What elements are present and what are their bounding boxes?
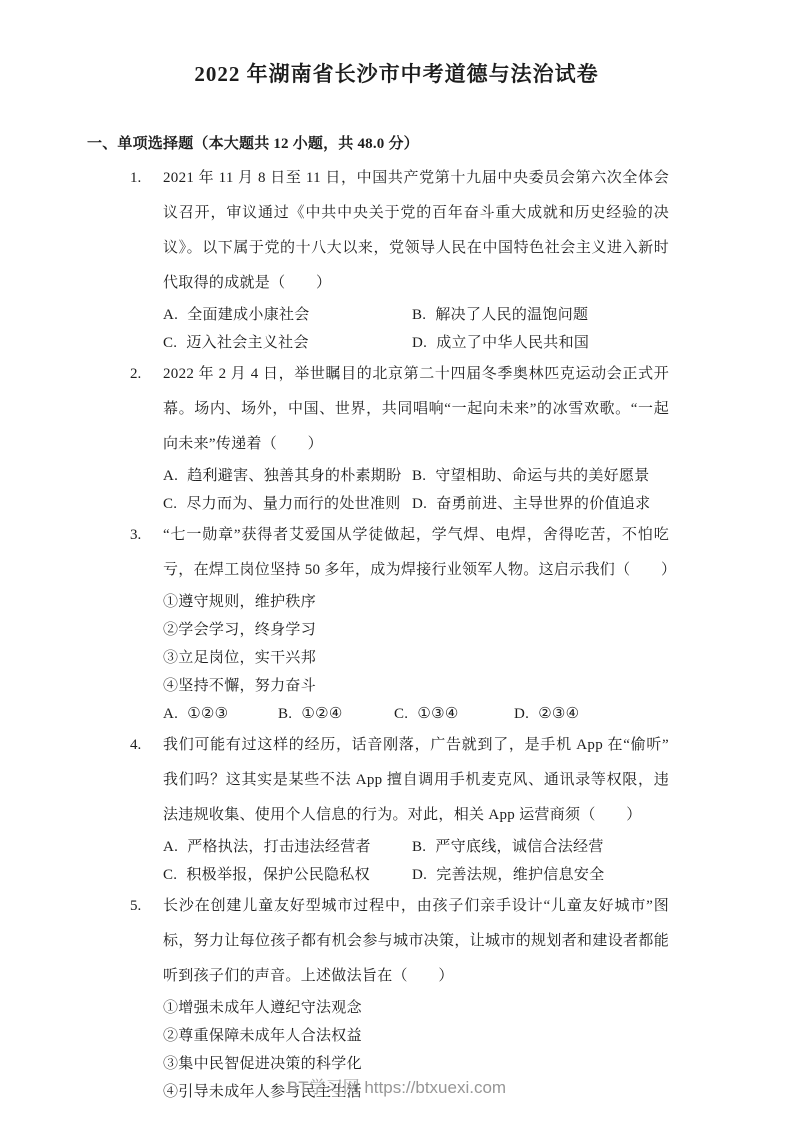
- option-item-d: D.成立了中华人民共和国: [412, 329, 669, 357]
- option-label: A.: [163, 301, 178, 329]
- option-item-d: D.完善法规，维护信息安全: [412, 861, 669, 889]
- option-text: 完善法规，维护信息安全: [436, 867, 604, 883]
- option-item-d: D.②③④: [514, 700, 669, 728]
- option-text: 解决了人民的温饱问题: [435, 307, 588, 323]
- option-text: 迈入社会主义社会: [186, 335, 308, 351]
- question-text: 2022 年 2 月 4 日，举世瞩目的北京第二十四届冬季奥林匹克运动会正式开幕…: [163, 357, 669, 462]
- option-label: B.: [412, 462, 426, 490]
- option-text: ①②④: [301, 706, 342, 722]
- question-text: 2021 年 11 月 8 日至 11 日，中国共产党第十九届中央委员会第六次全…: [163, 161, 669, 301]
- question-number: 1.: [130, 161, 163, 357]
- option-text: 积极举报，保护公民隐私权: [186, 867, 370, 883]
- question-item-3: 3. “七一勋章”获得者艾爱国从学徒做起，学气焊、电焊，舍得吃苦，不怕吃亏，在焊…: [130, 518, 669, 728]
- option-text: 守望相助、命运与共的美好愿景: [435, 468, 649, 484]
- options-group: A.严格执法，打击违法经营者 B.严守底线，诚信合法经营 C.积极举报，保护公民…: [163, 833, 669, 889]
- option-item-a: A.严格执法，打击违法经营者: [163, 833, 412, 861]
- options-group: A.全面建成小康社会 B.解决了人民的温饱问题 C.迈入社会主义社会 D.成立了…: [163, 301, 669, 357]
- sub-item-2: ②学会学习，终身学习: [163, 616, 669, 644]
- option-item-b: B.守望相助、命运与共的美好愿景: [412, 462, 669, 490]
- question-number: 4.: [130, 728, 163, 889]
- footer-watermark: BT学习网 https://btxuexi.com: [0, 1073, 793, 1098]
- option-label: A.: [163, 462, 178, 490]
- option-label: D.: [514, 700, 529, 728]
- option-item-c: C.迈入社会主义社会: [163, 329, 412, 357]
- section-heading: 一、单项选择题（本大题共 12 小题，共 48.0 分）: [87, 132, 793, 153]
- option-item-c: C.①③④: [394, 700, 514, 728]
- question-number: 2.: [130, 357, 163, 518]
- option-text: ①②③: [187, 706, 228, 722]
- option-item-a: A.趋利避害、独善其身的朴素期盼: [163, 462, 412, 490]
- sub-item-3: ③立足岗位，实干兴邦: [163, 644, 669, 672]
- question-item-1: 1. 2021 年 11 月 8 日至 11 日，中国共产党第十九届中央委员会第…: [130, 161, 669, 357]
- option-text: 严守底线，诚信合法经营: [435, 839, 603, 855]
- option-label: A.: [163, 700, 178, 728]
- option-text: 严格执法，打击违法经营者: [187, 839, 371, 855]
- page-title: 2022 年湖南省长沙市中考道德与法治试卷: [0, 0, 793, 88]
- question-body: “七一勋章”获得者艾爱国从学徒做起，学气焊、电焊，舍得吃苦，不怕吃亏，在焊工岗位…: [163, 518, 669, 728]
- option-item-a: A.全面建成小康社会: [163, 301, 412, 329]
- options-group: A.①②③ B.①②④ C.①③④ D.②③④: [163, 700, 669, 728]
- question-body: 2021 年 11 月 8 日至 11 日，中国共产党第十九届中央委员会第六次全…: [163, 161, 669, 357]
- question-item-2: 2. 2022 年 2 月 4 日，举世瞩目的北京第二十四届冬季奥林匹克运动会正…: [130, 357, 669, 518]
- option-label: D.: [412, 490, 427, 518]
- sub-item-2: ②尊重保障未成年人合法权益: [163, 1022, 669, 1050]
- option-item-b: B.解决了人民的温饱问题: [412, 301, 669, 329]
- question-text: 我们可能有过这样的经历，话音刚落，广告就到了，是手机 App 在“偷听”我们吗？…: [163, 728, 669, 833]
- option-text: ①③④: [417, 706, 458, 722]
- option-label: B.: [278, 700, 292, 728]
- option-label: D.: [412, 329, 427, 357]
- question-body: 2022 年 2 月 4 日，举世瞩目的北京第二十四届冬季奥林匹克运动会正式开幕…: [163, 357, 669, 518]
- option-label: C.: [394, 700, 408, 728]
- question-item-4: 4. 我们可能有过这样的经历，话音刚落，广告就到了，是手机 App 在“偷听”我…: [130, 728, 669, 889]
- option-item-c: C.积极举报，保护公民隐私权: [163, 861, 412, 889]
- sub-item-4: ④坚持不懈，努力奋斗: [163, 672, 669, 700]
- option-label: C.: [163, 329, 177, 357]
- option-item-a: A.①②③: [163, 700, 278, 728]
- question-number: 3.: [130, 518, 163, 728]
- question-body: 我们可能有过这样的经历，话音刚落，广告就到了，是手机 App 在“偷听”我们吗？…: [163, 728, 669, 889]
- option-text: 奋勇前进、主导世界的价值追求: [436, 496, 650, 512]
- sub-item-1: ①增强未成年人遵纪守法观念: [163, 994, 669, 1022]
- option-label: B.: [412, 833, 426, 861]
- option-text: ②③④: [538, 706, 579, 722]
- question-text: 长沙在创建儿童友好型城市过程中，由孩子们亲手设计“儿童友好城市”图标，努力让每位…: [163, 889, 669, 994]
- option-label: C.: [163, 861, 177, 889]
- option-text: 趋利避害、独善其身的朴素期盼: [187, 468, 401, 484]
- option-item-b: B.严守底线，诚信合法经营: [412, 833, 669, 861]
- option-label: A.: [163, 833, 178, 861]
- option-label: B.: [412, 301, 426, 329]
- option-text: 成立了中华人民共和国: [436, 335, 589, 351]
- option-item-b: B.①②④: [278, 700, 394, 728]
- question-text: “七一勋章”获得者艾爱国从学徒做起，学气焊、电焊，舍得吃苦，不怕吃亏，在焊工岗位…: [163, 518, 669, 588]
- option-text: 全面建成小康社会: [187, 307, 309, 323]
- option-text: 尽力而为、量力而行的处世准则: [186, 496, 400, 512]
- option-item-c: C.尽力而为、量力而行的处世准则: [163, 490, 412, 518]
- option-item-d: D.奋勇前进、主导世界的价值追求: [412, 490, 669, 518]
- question-list: 1. 2021 年 11 月 8 日至 11 日，中国共产党第十九届中央委员会第…: [130, 161, 669, 1106]
- option-label: D.: [412, 861, 427, 889]
- option-label: C.: [163, 490, 177, 518]
- options-group: A.趋利避害、独善其身的朴素期盼 B.守望相助、命运与共的美好愿景 C.尽力而为…: [163, 462, 669, 518]
- document-page: 2022 年湖南省长沙市中考道德与法治试卷 一、单项选择题（本大题共 12 小题…: [0, 0, 793, 1122]
- sub-item-1: ①遵守规则，维护秩序: [163, 588, 669, 616]
